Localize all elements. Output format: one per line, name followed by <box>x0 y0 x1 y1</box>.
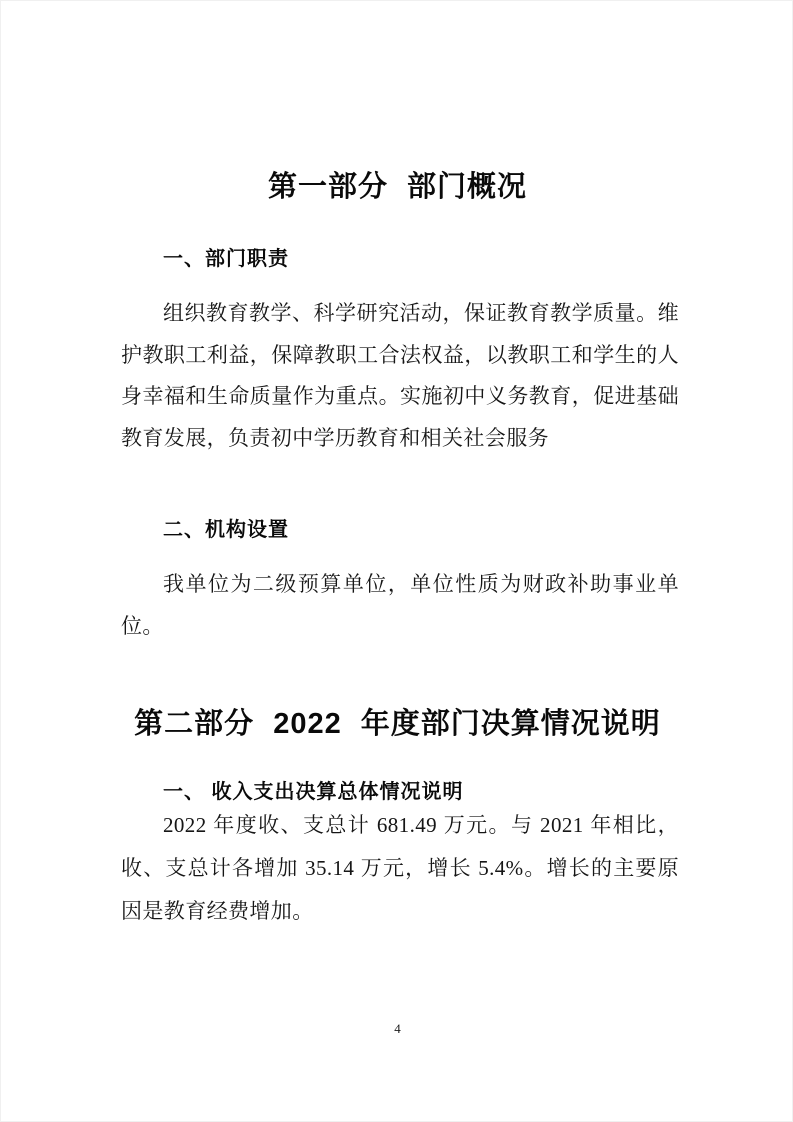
part1-section2-heading: 二、机构设置 <box>163 513 289 542</box>
page-number: 4 <box>1 1021 793 1037</box>
part2-section1-heading: 一、 收入支出决算总体情况说明 <box>163 775 464 804</box>
part1-section2-body: 我单位为二级预算单位，单位性质为财政补助事业单位。 <box>121 564 679 647</box>
part2-title: 第二部分 2022 年度部门决算情况说明 <box>1 701 793 742</box>
part2-section1-body: 2022 年度收、支总计 681.49 万元。与 2021 年相比，收、支总计各… <box>121 804 679 933</box>
part1-title: 第一部分 部门概况 <box>1 164 793 205</box>
part1-section1-body: 组织教育教学、科学研究活动，保证教育教学质量。维护教职工利益，保障教职工合法权益… <box>121 293 679 459</box>
part1-section1-heading: 一、部门职责 <box>163 242 289 271</box>
document-page: 第一部分 部门概况 一、部门职责 组织教育教学、科学研究活动，保证教育教学质量。… <box>0 0 793 1122</box>
